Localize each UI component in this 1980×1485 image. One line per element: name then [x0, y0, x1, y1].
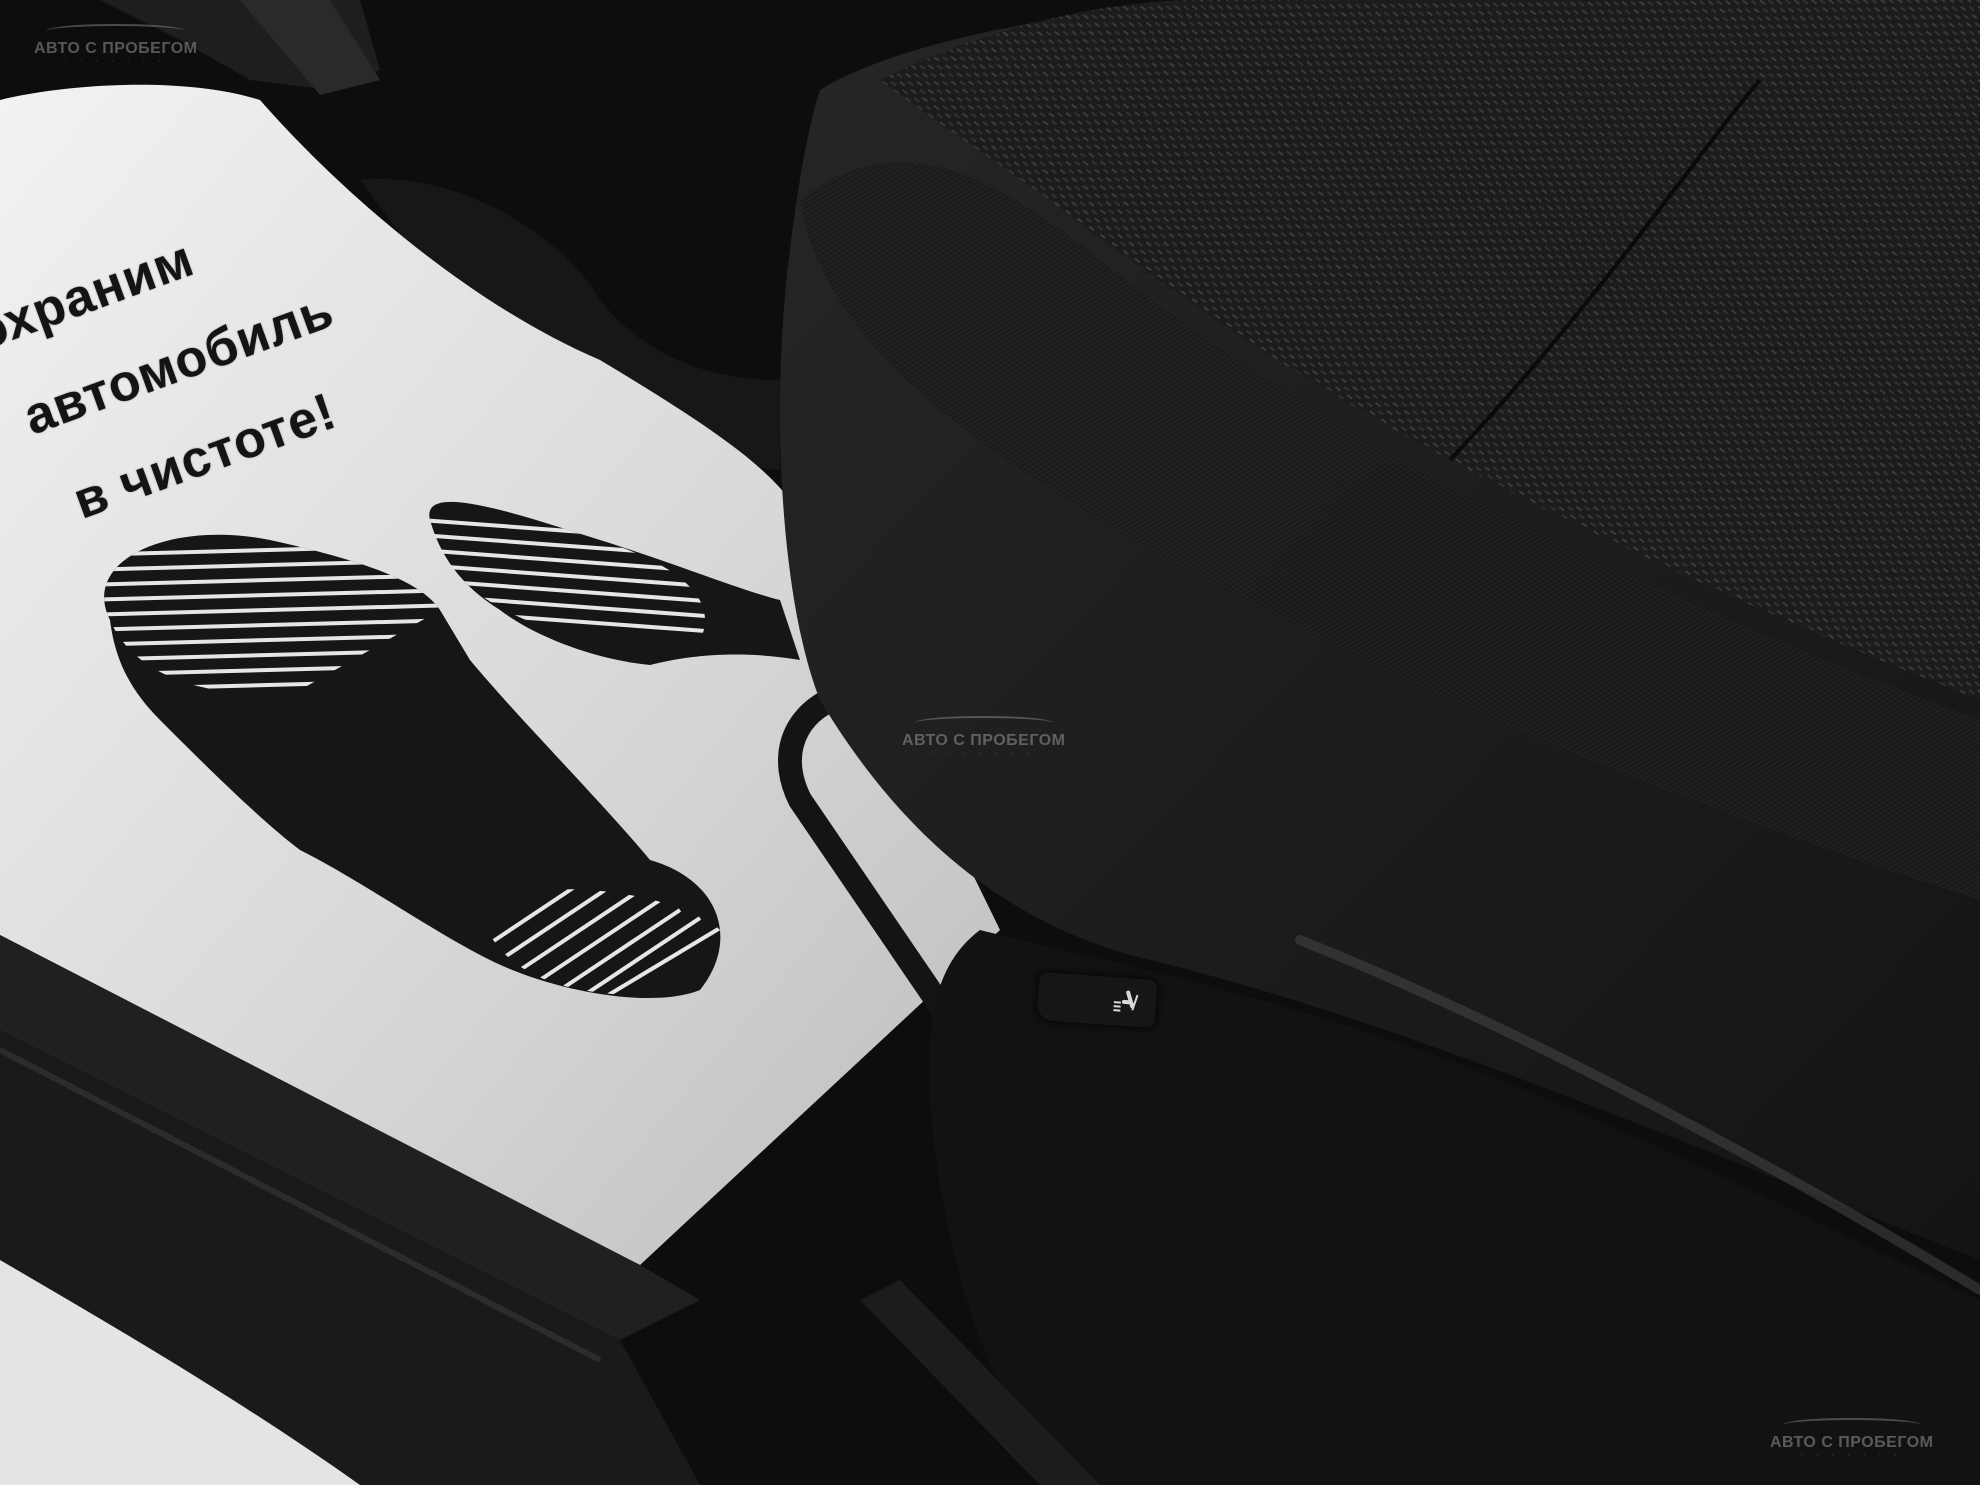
watermark-text: АВТО С ПРОБЕГОМ — [34, 40, 197, 57]
car-silhouette-icon — [914, 716, 1053, 730]
watermark-text: АВТО С ПРОБЕГОМ — [1770, 1434, 1933, 1451]
watermark-logo: АВТО С ПРОБЕГОМ · · · · · · · — [902, 716, 1065, 757]
car-silhouette-icon — [46, 24, 185, 38]
watermark-subline: · · · · · · · — [34, 59, 197, 65]
watermark-logo: АВТО С ПРОБЕГОМ · · · · · · · — [34, 24, 197, 65]
seat-adjust-button — [1034, 970, 1159, 1030]
seat-adjust-icon — [1111, 987, 1141, 1015]
car-interior-photo: охраним автомобиль в чистоте! АВТО С ПРО… — [0, 0, 1980, 1485]
watermark-logo: АВТО С ПРОБЕГОМ · · · · · · · — [1770, 1418, 1933, 1459]
watermark-subline: · · · · · · · — [1770, 1453, 1933, 1459]
watermark-subline: · · · · · · · — [902, 751, 1065, 757]
watermark-text: АВТО С ПРОБЕГОМ — [902, 732, 1065, 749]
car-silhouette-icon — [1782, 1418, 1921, 1432]
